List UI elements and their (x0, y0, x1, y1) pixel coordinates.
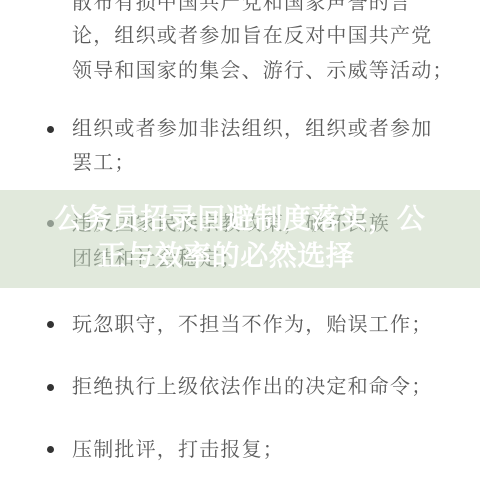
list-item-text: 散布有损中国共产党和国家声誉的言 (72, 0, 411, 14)
bullet-icon (47, 446, 54, 453)
list-item-text: 拒绝执行上级依法作出的决定和命令； (72, 374, 432, 398)
overlay-title-line: 公务员招录回避制度落实，公 (0, 203, 480, 235)
bullet-icon (47, 321, 54, 328)
overlay-title-line: 正与效率的必然选择 (0, 240, 466, 272)
bullet-icon (47, 384, 54, 391)
list-item-text: 压制批评，打击报复； (72, 437, 284, 461)
bullet-icon (47, 126, 54, 133)
list-item-text: 玩忽职守，不担当不作为，贻误工作； (72, 312, 432, 336)
list-item-text: 领导和国家的集会、游行、示威等活动； (72, 58, 454, 82)
list-item-text: 组织或者参加非法组织，组织或者参加 (72, 116, 432, 140)
list-item-text: 罢工； (72, 150, 136, 174)
list-item-text: 论，组织或者参加旨在反对中国共产党 (72, 23, 432, 47)
